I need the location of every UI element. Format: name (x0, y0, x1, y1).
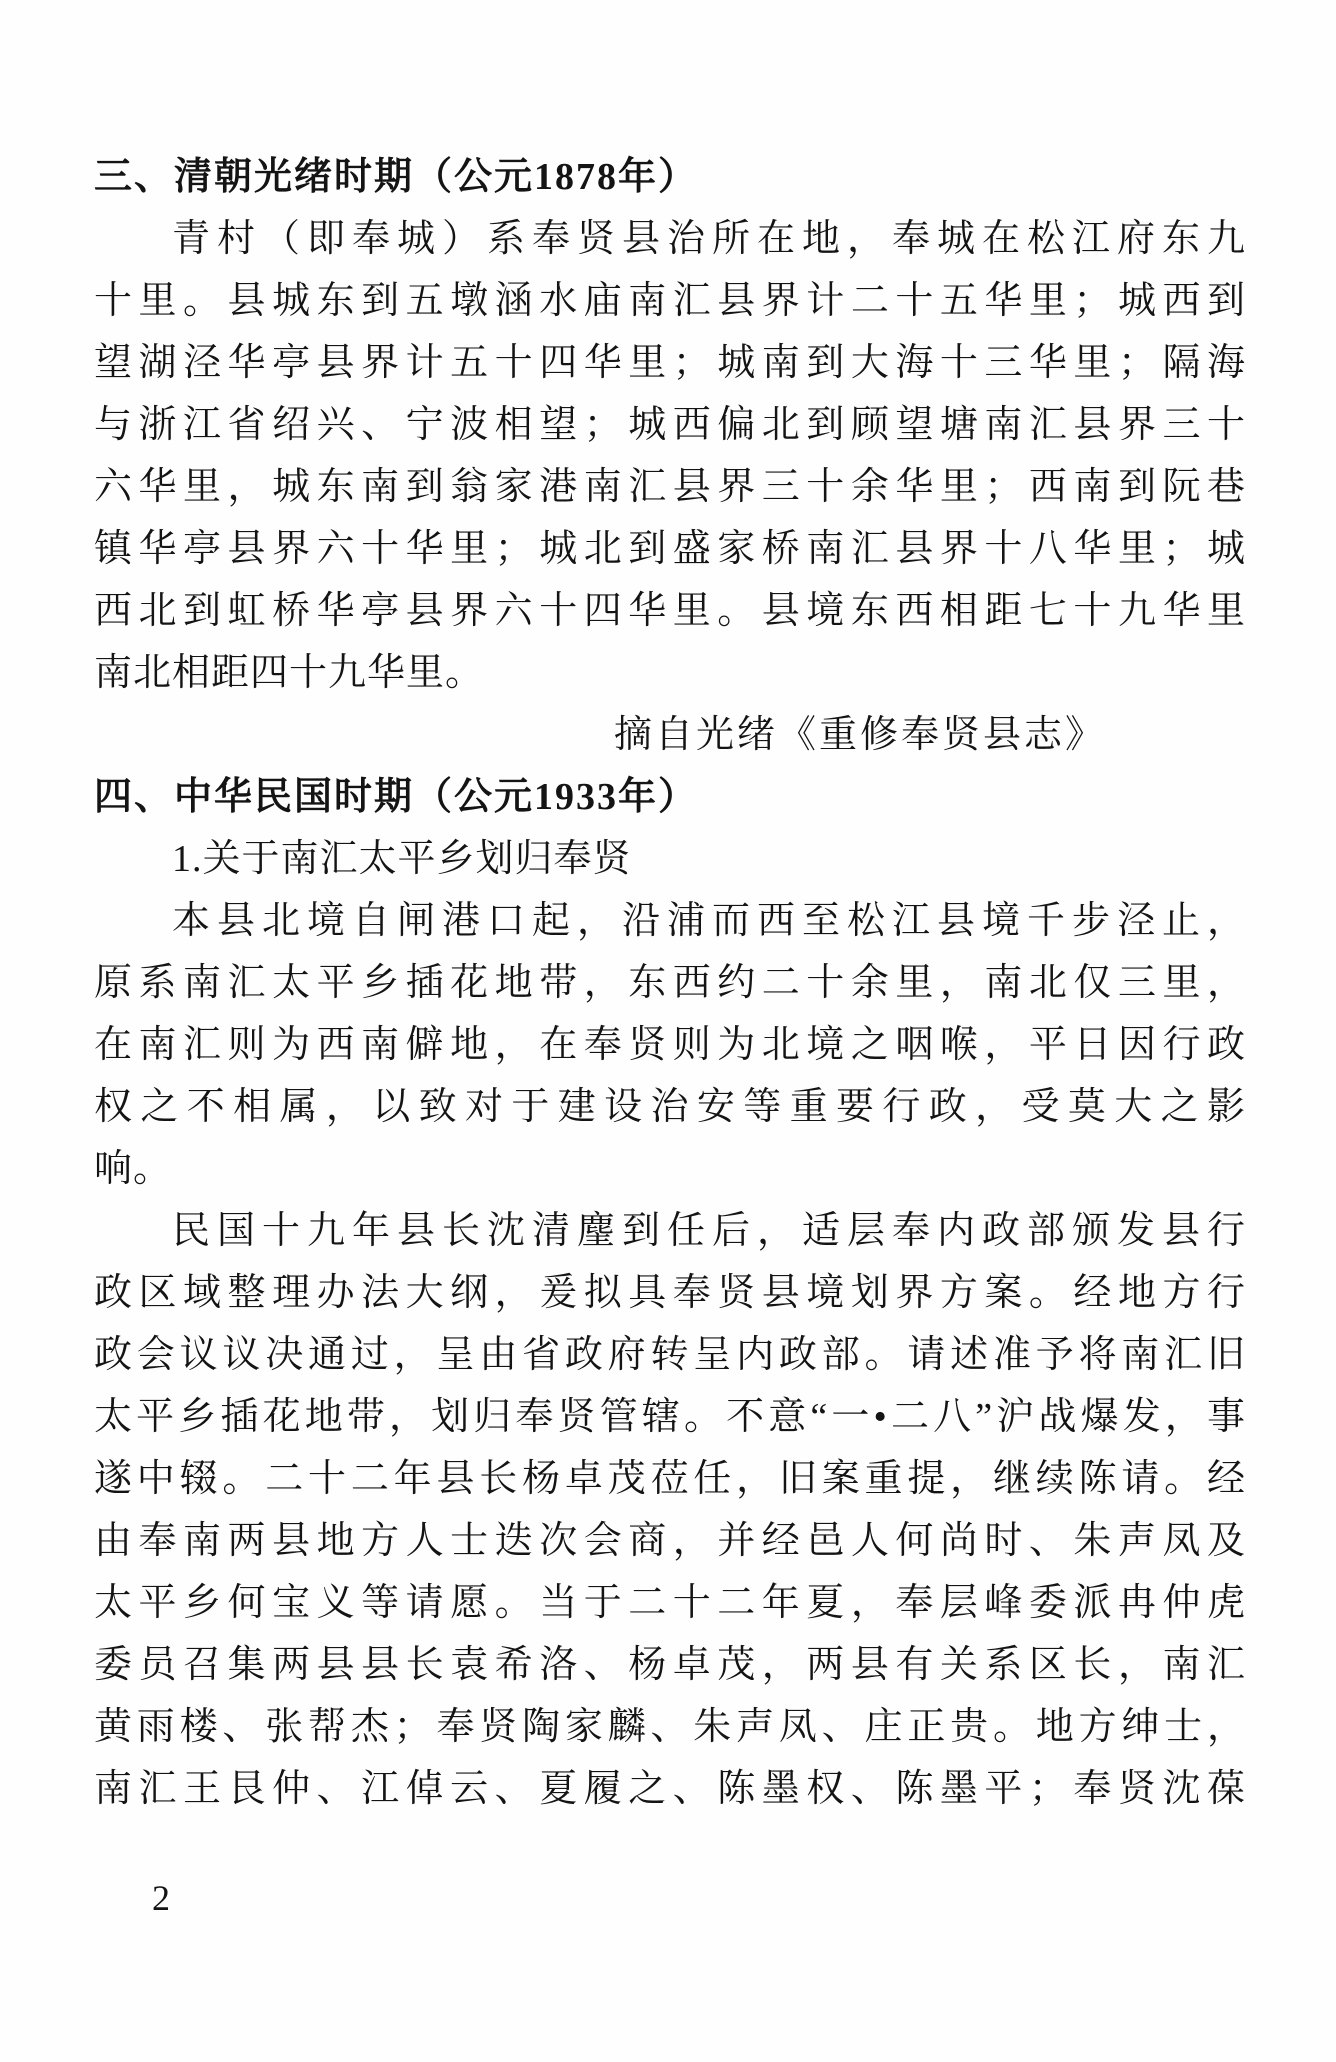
text-line: 青村（即奉城）系奉贤县治所在地，奉城在松江府东九 (94, 208, 1246, 270)
text-line: 遂中辍。二十二年县长杨卓茂莅任，旧案重提，继续陈请。经 (94, 1448, 1246, 1510)
page-number: 2 (152, 1876, 170, 1920)
source-attribution: 摘自光绪《重修奉贤县志》 (94, 704, 1246, 766)
text-line: 黄雨楼、张帮杰；奉贤陶家麟、朱声凤、庄正贵。地方绅士， (94, 1696, 1246, 1758)
text-line: 由奉南两县地方人士迭次会商，并经邑人何尚时、朱声凤及 (94, 1510, 1246, 1572)
text-line: 西北到虹桥华亭县界六十四华里。县境东西相距七十九华里 (94, 580, 1246, 642)
text-line: 权之不相属，以致对于建设治安等重要行政，受莫大之影 (94, 1076, 1246, 1138)
text-line: 镇华亭县界六十华里；城北到盛家桥南汇县界十八华里；城 (94, 518, 1246, 580)
text-line: 原系南汇太平乡插花地带，东西约二十余里，南北仅三里， (94, 952, 1246, 1014)
text-line: 十里。县城东到五墩涵水庙南汇县界计二十五华里；城西到 (94, 270, 1246, 332)
subsection-heading: 1.关于南汇太平乡划归奉贤 (94, 828, 1246, 890)
section-heading-minguo: 四、中华民国时期（公元1933年） (94, 766, 1246, 828)
scanned-book-page: 三、清朝光绪时期（公元1878年） 青村（即奉城）系奉贤县治所在地，奉城在松江府… (0, 0, 1336, 2062)
text-line: 在南汇则为西南僻地，在奉贤则为北境之咽喉，平日因行政 (94, 1014, 1246, 1076)
text-line: 本县北境自闸港口起，沿浦而西至松江县境千步泾止， (94, 890, 1246, 952)
text-line: 南汇王艮仲、江倬云、夏履之、陈墨权、陈墨平；奉贤沈葆 (94, 1758, 1246, 1820)
text-line: 望湖泾华亭县界计五十四华里；城南到大海十三华里；隔海 (94, 332, 1246, 394)
text-line: 与浙江省绍兴、宁波相望；城西偏北到顾望塘南汇县界三十 (94, 394, 1246, 456)
text-line: 委员召集两县县长袁希洛、杨卓茂，两县有关系区长，南汇 (94, 1634, 1246, 1696)
text-block: 三、清朝光绪时期（公元1878年） 青村（即奉城）系奉贤县治所在地，奉城在松江府… (94, 146, 1246, 1820)
text-line: 政区域整理办法大纲，爰拟具奉贤县境划界方案。经地方行 (94, 1262, 1246, 1324)
text-line: 太平乡插花地带，划归奉贤管辖。不意“一•二八”沪战爆发，事 (94, 1386, 1246, 1448)
section-heading-qing: 三、清朝光绪时期（公元1878年） (94, 146, 1246, 208)
text-line: 太平乡何宝义等请愿。当于二十二年夏，奉层峰委派冉仲虎 (94, 1572, 1246, 1634)
text-line: 六华里，城东南到翁家港南汇县界三十余华里；西南到阮巷 (94, 456, 1246, 518)
text-line: 民国十九年县长沈清麈到任后，适层奉内政部颁发县行 (94, 1200, 1246, 1262)
text-line: 响。 (94, 1138, 1246, 1200)
text-line: 南北相距四十九华里。 (94, 642, 1246, 704)
text-line: 政会议议决通过，呈由省政府转呈内政部。请述准予将南汇旧 (94, 1324, 1246, 1386)
